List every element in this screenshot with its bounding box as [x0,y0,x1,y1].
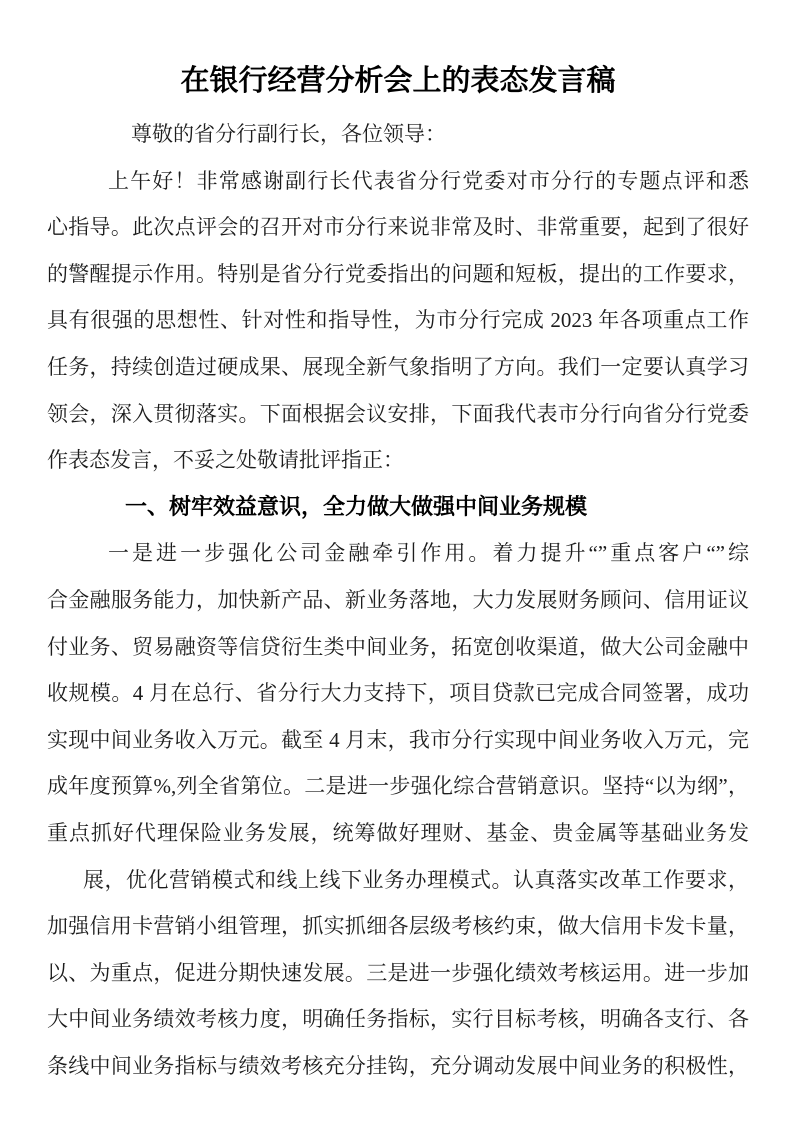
salutation-line: 尊敬的省分行副行长，各位领导： [47,111,749,158]
document-title: 在银行经营分析会上的表态发言稿 [47,60,749,102]
paragraph-line: 实现中间业务收入万元。截至 4 月末，我市分行实现中间业务收入万元，完 [47,717,749,764]
paragraph-line: 展，优化营销模式和线上线下业务办理模式。认真落实改革工作要求， [47,857,749,904]
document-content: 在银行经营分析会上的表态发言稿 尊敬的省分行副行长，各位领导： 上午好！非常感谢… [0,60,793,1089]
paragraph-line: 一是进一步强化公司金融牵引作用。着力提升“”重点客户“”综 [47,530,749,577]
paragraph-line: 具有很强的思想性、针对性和指导性，为市分行完成 2023 年各项重点工作 [47,297,749,344]
paragraph-line: 心指导。此次点评会的召开对市分行来说非常及时、非常重要，起到了很好 [47,204,749,251]
paragraph-line: 领会，深入贯彻落实。下面根据会议安排，下面我代表市分行向省分行党委 [47,391,749,438]
section-heading: 一、树牢效益意识，全力做大做强中间业务规模 [47,484,749,531]
paragraph-line: 加强信用卡营销小组管理，抓实抓细各层级考核约束，做大信用卡发卡量， [47,903,749,950]
paragraph-line: 收规模。4 月在总行、省分行大力支持下，项目贷款已完成合同签署，成功 [47,670,749,717]
paragraph-line: 作表态发言，不妥之处敬请批评指正： [47,437,749,484]
document-page: 在银行经营分析会上的表态发言稿 尊敬的省分行副行长，各位领导： 上午好！非常感谢… [0,0,793,1122]
paragraph-line: 成年度预算%,列全省第位。二是进一步强化综合营销意识。坚持“以为纲”， [47,763,749,810]
paragraph-line: 重点抓好代理保险业务发展，统筹做好理财、基金、贵金属等基础业务发 [47,810,749,857]
paragraph-line: 的警醒提示作用。特别是省分行党委指出的问题和短板，提出的工作要求， [47,251,749,298]
document-body: 尊敬的省分行副行长，各位领导： 上午好！非常感谢副行长代表省分行党委对市分行的专… [47,111,749,1089]
paragraph-line: 付业务、贸易融资等信贷衍生类中间业务，拓宽创收渠道，做大公司金融中 [47,624,749,671]
paragraph-line: 以、为重点，促进分期快速发展。三是进一步强化绩效考核运用。进一步加 [47,950,749,997]
paragraph-line: 上午好！非常感谢副行长代表省分行党委对市分行的专题点评和悉 [47,158,749,205]
paragraph-line: 大中间业务绩效考核力度，明确任务指标，实行目标考核，明确各支行、各 [47,996,749,1043]
paragraph-line: 合金融服务能力，加快新产品、新业务落地，大力发展财务顾问、信用证议 [47,577,749,624]
paragraph-line: 条线中间业务指标与绩效考核充分挂钩，充分调动发展中间业务的积极性， [47,1043,749,1090]
paragraph-line: 任务，持续创造过硬成果、展现全新气象指明了方向。我们一定要认真学习 [47,344,749,391]
